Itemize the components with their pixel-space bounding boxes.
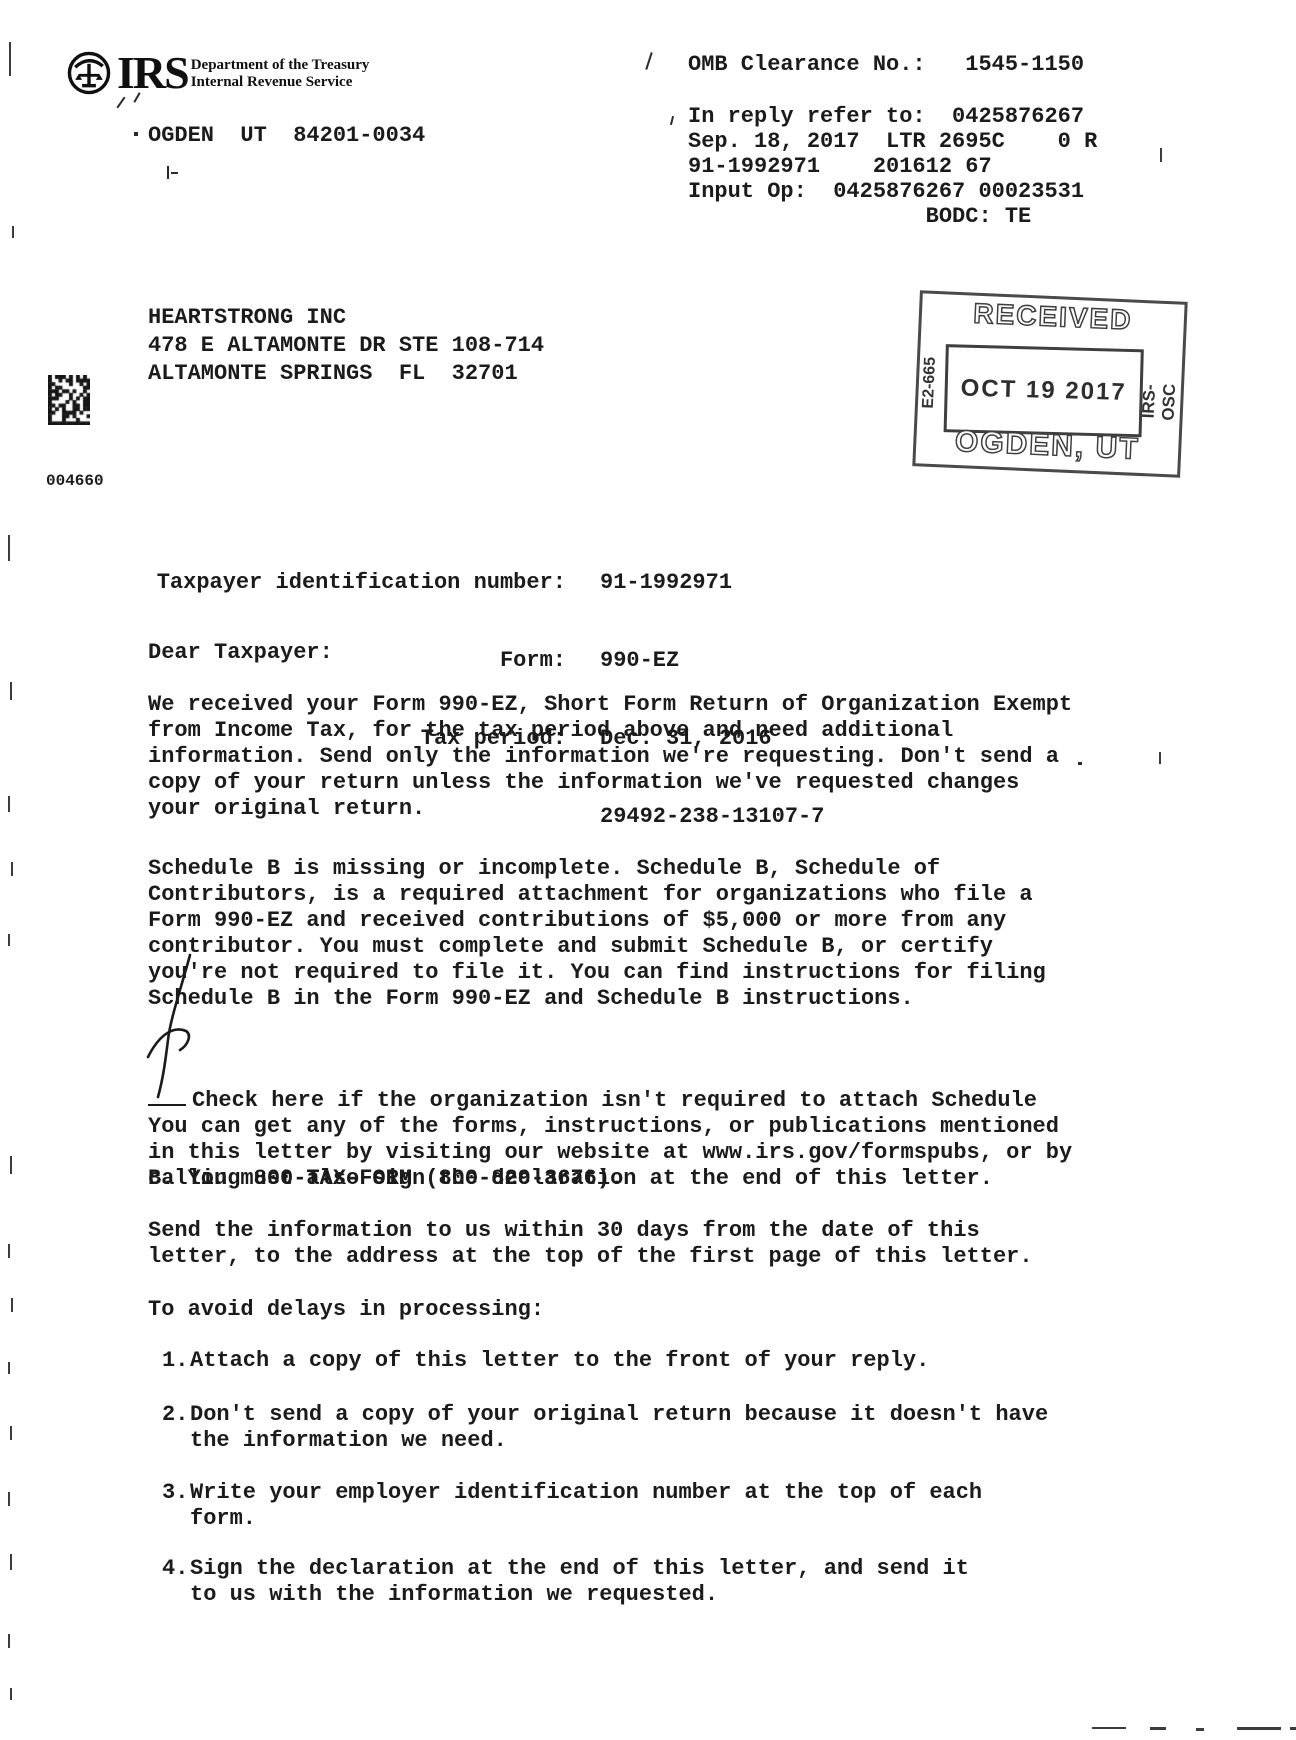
scan-artifact [1078, 762, 1082, 765]
scan-artifact [167, 166, 169, 179]
list-intro: To avoid delays in processing: [148, 1297, 544, 1323]
scan-artifact [8, 1634, 10, 1648]
step-number: 4. [162, 1556, 190, 1608]
stamp-left-code: E2-665 [920, 352, 941, 413]
scan-artifact [8, 1492, 10, 1506]
scan-artifact [645, 52, 652, 70]
scan-artifact [8, 1244, 10, 1258]
irs-wordmark: IRS [117, 50, 188, 96]
step-number: 3. [162, 1480, 190, 1532]
paragraph-received-form: We received your Form 990-EZ, Short Form… [148, 692, 1072, 822]
dept-line-2: Internal Revenue Service [191, 74, 370, 91]
stamp-date-box: OCT 19 2017 [944, 344, 1144, 437]
scan-artifact [10, 1156, 12, 1174]
scan-artifact [1196, 1728, 1204, 1731]
scan-artifact [1092, 1727, 1126, 1729]
handwritten-checkmark [140, 945, 220, 1115]
document-code: 004660 [46, 472, 104, 490]
scan-artifact [8, 1362, 10, 1374]
list-item-2: 2. Don't send a copy of your original re… [162, 1402, 1048, 1454]
scan-artifact [10, 1554, 12, 1570]
scan-artifact [670, 116, 674, 125]
scan-artifact [134, 132, 138, 136]
paragraph-forms-pubs: You can get any of the forms, instructio… [148, 1114, 1072, 1192]
recipient-address: HEARTSTRONG INC 478 E ALTAMONTE DR STE 1… [148, 304, 544, 388]
department-lines: Department of the Treasury Internal Reve… [191, 57, 370, 91]
irs-eagle-logo-icon [66, 50, 112, 96]
check-here-line1: Check here if the organization isn't req… [148, 1088, 1037, 1114]
salutation: Dear Taxpayer: [148, 640, 333, 666]
scan-artifact [8, 796, 10, 812]
scan-artifact [10, 682, 12, 700]
scan-artifact [1160, 148, 1162, 162]
scan-artifact [1150, 1727, 1166, 1730]
step-text: Attach a copy of this letter to the fron… [190, 1348, 929, 1374]
irs-letter-page: IRS Department of the Treasury Internal … [0, 0, 1296, 1740]
step-number: 1. [162, 1348, 190, 1374]
reply-reference-block: In reply refer to: 0425876267 Sep. 18, 2… [688, 104, 1097, 229]
scan-artifact [171, 172, 178, 174]
irs-letterhead: IRS Department of the Treasury Internal … [66, 50, 369, 96]
scan-artifact [116, 97, 125, 109]
tin-label: Taxpayer identification number: [148, 570, 566, 596]
scan-artifact [11, 862, 13, 876]
scan-artifact [9, 42, 11, 76]
tax-row-tin: Taxpayer identification number: 91-19929… [148, 570, 824, 596]
scan-artifact [8, 934, 10, 946]
scan-artifact [8, 535, 10, 561]
stamp-date: OCT 19 2017 [960, 375, 1127, 407]
step-text: Sign the declaration at the end of this … [190, 1556, 969, 1608]
list-item-4: 4. Sign the declaration at the end of th… [162, 1556, 969, 1608]
list-item-3: 3. Write your employer identification nu… [162, 1480, 982, 1532]
scan-artifact [1290, 1727, 1296, 1730]
omb-clearance-line: OMB Clearance No.: 1545-1150 [688, 52, 1084, 77]
scan-artifact [10, 1688, 12, 1700]
data-matrix-barcode [48, 375, 90, 425]
stamp-received-text: RECEIVED [921, 295, 1184, 338]
scan-artifact [10, 1426, 12, 1440]
check-here-text: Check here if the organization isn't req… [192, 1088, 1037, 1113]
form-value: 990-EZ [600, 648, 679, 674]
stamp-right-code: IRS-OSC [1138, 366, 1181, 438]
received-stamp: RECEIVED E2-665 OCT 19 2017 IRS-OSC OGDE… [912, 290, 1187, 478]
scan-artifact [11, 1298, 13, 1312]
scan-artifact [1159, 752, 1161, 764]
step-number: 2. [162, 1402, 190, 1454]
step-text: Write your employer identification numbe… [190, 1480, 982, 1532]
dept-line-1: Department of the Treasury [191, 57, 370, 74]
list-item-1: 1. Attach a copy of this letter to the f… [162, 1348, 929, 1374]
origin-address: OGDEN UT 84201-0034 [148, 123, 425, 149]
tin-value: 91-1992971 [600, 570, 732, 596]
step-text: Don't send a copy of your original retur… [190, 1402, 1048, 1454]
scan-artifact [12, 226, 14, 238]
paragraph-schedule-b: Schedule B is missing or incomplete. Sch… [148, 856, 1046, 1012]
scan-artifact [1237, 1727, 1281, 1730]
paragraph-send-30-days: Send the information to us within 30 day… [148, 1218, 1033, 1270]
